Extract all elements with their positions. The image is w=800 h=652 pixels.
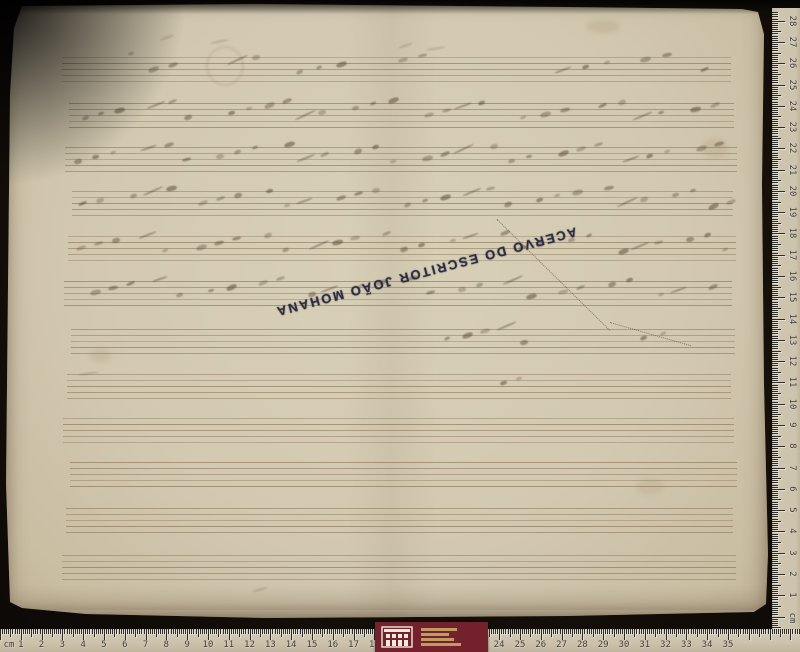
ruler-tick <box>772 212 785 213</box>
ruler-tick <box>505 629 506 634</box>
ruler-number: 25 <box>787 79 797 90</box>
staff-line <box>67 380 731 381</box>
ruler-tick <box>772 333 778 334</box>
ruler-tick <box>772 25 778 26</box>
ruler-tick <box>42 629 43 640</box>
ruler-tick <box>772 346 778 347</box>
ruler-tick <box>40 629 41 634</box>
note-smudge <box>708 283 719 290</box>
ruler-tick <box>622 629 623 634</box>
note-smudge <box>108 285 119 291</box>
note-smudge <box>332 239 344 246</box>
ruler-tick <box>198 629 199 637</box>
note-smudge <box>726 198 737 205</box>
ruler-tick <box>772 148 785 149</box>
ruler-tick <box>772 195 778 196</box>
ruler-tick <box>179 629 180 634</box>
ruler-tick <box>620 629 621 634</box>
note-smudge <box>128 51 134 55</box>
ruler-tick <box>772 608 778 609</box>
ruler-tick <box>333 629 334 640</box>
note-smudge <box>252 54 261 60</box>
ruler-tick <box>772 255 785 256</box>
ruler-tick <box>772 93 778 94</box>
ruler-tick <box>772 525 778 526</box>
ruler-tick <box>772 133 778 134</box>
staff-line <box>63 436 734 437</box>
ruler-tick <box>772 521 781 522</box>
ruler-tick <box>772 382 785 383</box>
note-smudge <box>90 289 102 296</box>
ruler-number: 17 <box>348 640 359 650</box>
ruler-tick <box>308 629 309 634</box>
ruler-tick <box>772 555 778 556</box>
ruler-tick <box>584 629 585 634</box>
ruler-tick <box>337 629 338 634</box>
ruler-tick <box>595 629 596 634</box>
ruler-tick <box>647 629 648 634</box>
ruler-tick <box>772 121 778 122</box>
note-smudge <box>196 243 208 251</box>
ruler-tick <box>695 629 696 634</box>
ruler-tick <box>343 629 344 637</box>
ruler-tick <box>680 629 681 634</box>
note-smudge <box>540 110 552 118</box>
ruler-tick <box>772 578 778 579</box>
ruler-tick <box>772 493 778 494</box>
ruler-tick <box>649 629 650 634</box>
ruler-tick <box>364 629 365 637</box>
ruler-tick <box>241 629 242 634</box>
staff-line <box>68 242 736 243</box>
vertical-ruler: cm12345678910111213141516171819202122232… <box>772 8 800 630</box>
ruler-tick <box>772 70 778 71</box>
ruler-tick <box>609 629 610 634</box>
ruler-tick <box>772 14 778 15</box>
ruler-tick <box>83 629 84 640</box>
ruler-tick <box>96 629 97 634</box>
ruler-tick <box>576 629 577 634</box>
ruler-tick <box>0 629 1 640</box>
note-smudge <box>350 235 361 241</box>
ruler-tick <box>772 291 778 292</box>
staff-line <box>68 260 736 261</box>
staff-line <box>62 69 731 70</box>
staff-line <box>66 514 733 515</box>
ruler-tick <box>539 629 540 634</box>
ruler-tick <box>772 325 778 326</box>
ruler-tick <box>772 142 778 143</box>
ruler-tick <box>772 412 778 413</box>
ruler-tick <box>532 629 533 634</box>
ruler-number: 7 <box>787 465 797 470</box>
ruler-tick <box>772 16 778 17</box>
ruler-tick <box>237 629 238 634</box>
ruler-tick <box>8 629 9 634</box>
ruler-tick <box>177 629 178 637</box>
ruler-tick <box>772 144 778 145</box>
ruler-tick <box>354 629 355 640</box>
ruler-tick <box>772 153 778 154</box>
note-smudge <box>140 144 157 152</box>
note-smudge <box>617 99 626 106</box>
note-smudge <box>639 196 648 203</box>
ruler-tick <box>150 629 151 634</box>
ruler-tick <box>772 542 781 543</box>
note-smudge <box>336 60 348 68</box>
ruler-tick <box>772 331 778 332</box>
ruler-tick <box>772 274 778 275</box>
ruler-tick <box>772 221 778 222</box>
ruler-tick <box>772 210 778 211</box>
ruler-tick <box>795 629 796 634</box>
note-smudge <box>284 203 290 207</box>
ruler-tick <box>772 82 778 83</box>
ruler-tick <box>772 416 778 417</box>
ruler-tick <box>772 565 778 566</box>
ruler-tick <box>92 629 93 634</box>
ruler-tick <box>790 629 791 640</box>
ruler-tick <box>772 499 781 500</box>
ruler-tick <box>35 629 36 634</box>
ruler-number: 9 <box>787 422 797 427</box>
ruler-number: 17 <box>787 249 797 260</box>
ruler-tick <box>582 629 583 640</box>
ruler-tick <box>27 629 28 634</box>
ruler-tick <box>772 314 778 315</box>
ruler-tick <box>772 397 778 398</box>
ruler-tick <box>639 629 640 634</box>
ruler-tick <box>772 319 785 320</box>
ruler-tick <box>304 629 305 634</box>
staff-line <box>71 335 735 336</box>
ruler-tick <box>772 597 778 598</box>
ruler-tick <box>653 629 654 634</box>
ruler-tick <box>772 546 778 547</box>
note-smudge <box>654 240 663 245</box>
ruler-tick <box>772 161 778 162</box>
ruler-tick <box>772 531 785 532</box>
staff-line <box>64 293 732 294</box>
note-smudge <box>422 155 434 162</box>
staff-line <box>63 424 734 425</box>
ruler-tick <box>751 629 752 634</box>
ruler-tick <box>772 329 781 330</box>
staff-line <box>63 418 734 419</box>
ruler-tick <box>616 629 617 634</box>
ruler-tick <box>772 436 781 437</box>
ruler-tick <box>17 629 18 634</box>
ruler-tick <box>100 629 101 634</box>
ruler-tick <box>227 629 228 634</box>
ruler-tick <box>347 629 348 634</box>
ruler-tick <box>772 544 778 545</box>
note-smudge <box>266 188 274 193</box>
ruler-tick <box>772 293 778 294</box>
staff-line <box>66 532 733 533</box>
ruler-tick <box>797 629 798 634</box>
ruler-tick <box>772 159 781 160</box>
ruler-tick <box>772 265 781 266</box>
note-smudge <box>722 247 729 251</box>
note-smudge <box>658 292 664 296</box>
ruler-tick <box>268 629 269 634</box>
ruler-tick <box>734 629 735 634</box>
ruler-tick <box>693 629 694 634</box>
staff-line <box>72 203 733 204</box>
ruler-tick <box>772 602 778 603</box>
ruler-tick <box>21 629 22 640</box>
ruler-number: 8 <box>787 444 797 449</box>
ruler-tick <box>730 629 731 634</box>
ruler-tick <box>630 629 631 634</box>
ruler-tick <box>212 629 213 634</box>
ruler-number: 27 <box>556 640 567 650</box>
ruler-tick <box>260 629 261 637</box>
ruler-tick <box>85 629 86 634</box>
ruler-tick <box>772 206 778 207</box>
ruler-tick <box>772 65 778 66</box>
ruler-tick <box>724 629 725 634</box>
ruler-tick <box>655 629 656 637</box>
fox-stain <box>586 20 620 33</box>
ruler-tick <box>763 629 764 634</box>
note-smudge <box>252 145 259 149</box>
ruler-tick <box>772 116 781 117</box>
note-smudge <box>558 289 569 295</box>
ruler-tick <box>772 629 773 634</box>
logo-text-line <box>421 638 454 641</box>
ruler-tick <box>295 629 296 634</box>
staff-line <box>63 442 734 443</box>
ruler-tick <box>508 629 509 634</box>
ruler-tick <box>772 272 778 273</box>
ruler-number: 28 <box>577 640 588 650</box>
ruler-tick <box>250 629 251 640</box>
ruler-tick <box>772 138 781 139</box>
ruler-tick <box>312 629 313 640</box>
ruler-tick <box>772 48 778 49</box>
staff-line <box>71 347 735 348</box>
ruler-tick <box>624 629 625 640</box>
ruler-tick <box>745 629 746 634</box>
ruler-tick <box>229 629 230 640</box>
ruler-tick <box>772 563 781 564</box>
ruler-tick <box>772 225 778 226</box>
ruler-tick <box>329 629 330 634</box>
ruler-tick <box>557 629 558 634</box>
ruler-tick <box>75 629 76 634</box>
ruler-tick <box>605 629 606 634</box>
note-smudge <box>114 107 126 114</box>
ruler-tick <box>753 629 754 634</box>
ruler-tick <box>772 63 785 64</box>
ruler-tick <box>765 629 766 634</box>
ruler-tick <box>162 629 163 634</box>
ruler-tick <box>772 604 778 605</box>
ruler-tick <box>749 629 750 640</box>
ruler-tick <box>772 19 778 20</box>
ruler-tick <box>25 629 26 634</box>
ruler-number: 16 <box>327 640 338 650</box>
ruler-tick <box>688 629 689 634</box>
ruler-tick <box>322 629 323 637</box>
ruler-tick <box>555 629 556 634</box>
ruler-tick <box>46 629 47 634</box>
staff-line <box>69 115 734 116</box>
ruler-tick <box>740 629 741 634</box>
ruler-tick <box>772 85 785 86</box>
ruler-tick <box>339 629 340 634</box>
ruler-tick <box>366 629 367 634</box>
ruler-tick <box>772 387 778 388</box>
ruler-tick <box>772 453 778 454</box>
ruler-tick <box>634 629 635 637</box>
ruler-tick <box>743 629 744 634</box>
paper-fold-shadow <box>6 584 772 610</box>
staff-line <box>70 468 737 469</box>
staff-line <box>70 480 737 481</box>
ruler-tick <box>772 304 778 305</box>
note-smudge <box>658 110 664 114</box>
ruler-tick <box>491 629 492 634</box>
ruler-tick <box>768 629 769 634</box>
ruler-tick <box>772 589 778 590</box>
ruler-tick <box>522 629 523 634</box>
ruler-tick <box>772 625 778 626</box>
note-smudge <box>508 158 516 163</box>
ruler-tick <box>772 310 778 311</box>
ruler-tick <box>772 208 778 209</box>
ruler-tick <box>678 629 679 634</box>
ruler-tick <box>2 629 3 634</box>
ruler-tick <box>772 476 778 477</box>
ruler-tick <box>772 59 778 60</box>
ruler-tick <box>593 629 594 637</box>
ruler-tick <box>164 629 165 634</box>
ruler-tick <box>89 629 90 634</box>
ruler-tick <box>33 629 34 634</box>
ruler-tick <box>772 419 778 420</box>
ruler-tick <box>499 629 500 640</box>
ruler-tick <box>670 629 671 634</box>
note-smudge <box>489 143 498 150</box>
ruler-tick <box>772 216 778 217</box>
ruler-tick <box>772 553 785 554</box>
ruler-tick <box>281 629 282 637</box>
ruler-tick <box>772 482 778 483</box>
ruler-number: 13 <box>787 334 797 345</box>
note-smudge <box>500 380 508 386</box>
ruler-tick <box>772 353 778 354</box>
note-smudge <box>426 45 446 51</box>
ruler-tick <box>98 629 99 634</box>
ruler-tick <box>772 233 785 234</box>
ruler-tick <box>310 629 311 634</box>
ruler-number: 25 <box>515 640 526 650</box>
ruler-tick <box>728 629 729 640</box>
ruler-tick <box>772 393 781 394</box>
ruler-number: 29 <box>598 640 609 650</box>
ruler-tick <box>772 182 778 183</box>
note-smudge <box>372 144 380 150</box>
ruler-tick <box>560 629 561 634</box>
ruler-tick <box>772 204 778 205</box>
note-smudge <box>520 339 529 345</box>
ruler-tick <box>574 629 575 634</box>
ruler-tick <box>772 357 778 358</box>
ruler-tick <box>772 33 778 34</box>
ruler-tick <box>709 629 710 634</box>
ruler-tick <box>156 629 157 637</box>
staff-line <box>62 567 736 568</box>
ruler-tick <box>112 629 113 634</box>
ruler-tick <box>245 629 246 634</box>
ruler-tick <box>711 629 712 634</box>
ruler-tick <box>289 629 290 634</box>
ruler-tick <box>772 87 778 88</box>
note-smudge <box>252 586 268 593</box>
ruler-tick <box>537 629 538 634</box>
ruler-tick <box>772 502 778 503</box>
ruler-tick <box>4 629 5 634</box>
ruler-tick <box>772 261 778 262</box>
ruler-tick <box>722 629 723 634</box>
ruler-tick <box>641 629 642 634</box>
ruler-tick <box>772 99 778 100</box>
fox-stain <box>90 348 112 363</box>
ruler-tick <box>772 465 778 466</box>
ruler-tick <box>123 629 124 634</box>
ruler-tick <box>772 193 778 194</box>
ruler-tick <box>94 629 95 637</box>
ruler-tick <box>341 629 342 634</box>
ruler-tick <box>772 504 778 505</box>
note-smudge <box>176 292 184 297</box>
ruler-tick <box>772 114 778 115</box>
ruler-number: 18 <box>787 228 797 239</box>
ruler-tick <box>772 470 778 471</box>
ruler-tick <box>551 629 552 637</box>
ruler-tick <box>772 74 781 75</box>
note-smudge <box>478 100 486 106</box>
ruler-tick <box>349 629 350 634</box>
ruler-tick <box>300 629 301 634</box>
ruler-tick <box>291 629 292 640</box>
ruler-tick <box>599 629 600 634</box>
ruler-number: 31 <box>639 640 650 650</box>
ruler-tick <box>252 629 253 634</box>
ruler-tick <box>772 270 778 271</box>
ruler-tick <box>780 629 781 637</box>
note-smudge <box>503 201 512 208</box>
note-smudge <box>399 246 408 253</box>
ruler-number: 11 <box>787 377 797 388</box>
ruler-tick <box>651 629 652 634</box>
ruler-tick <box>772 591 778 592</box>
ruler-tick <box>220 629 221 634</box>
ruler-tick <box>772 423 778 424</box>
ruler-number: 9 <box>184 640 189 650</box>
ruler-tick <box>287 629 288 634</box>
ruler-tick <box>772 155 778 156</box>
ruler-tick <box>772 36 778 37</box>
ruler-tick <box>139 629 140 634</box>
ruler-tick <box>676 629 677 637</box>
ruler-number: cm <box>787 612 797 623</box>
ruler-tick <box>510 629 511 637</box>
ruler-tick <box>772 595 785 596</box>
